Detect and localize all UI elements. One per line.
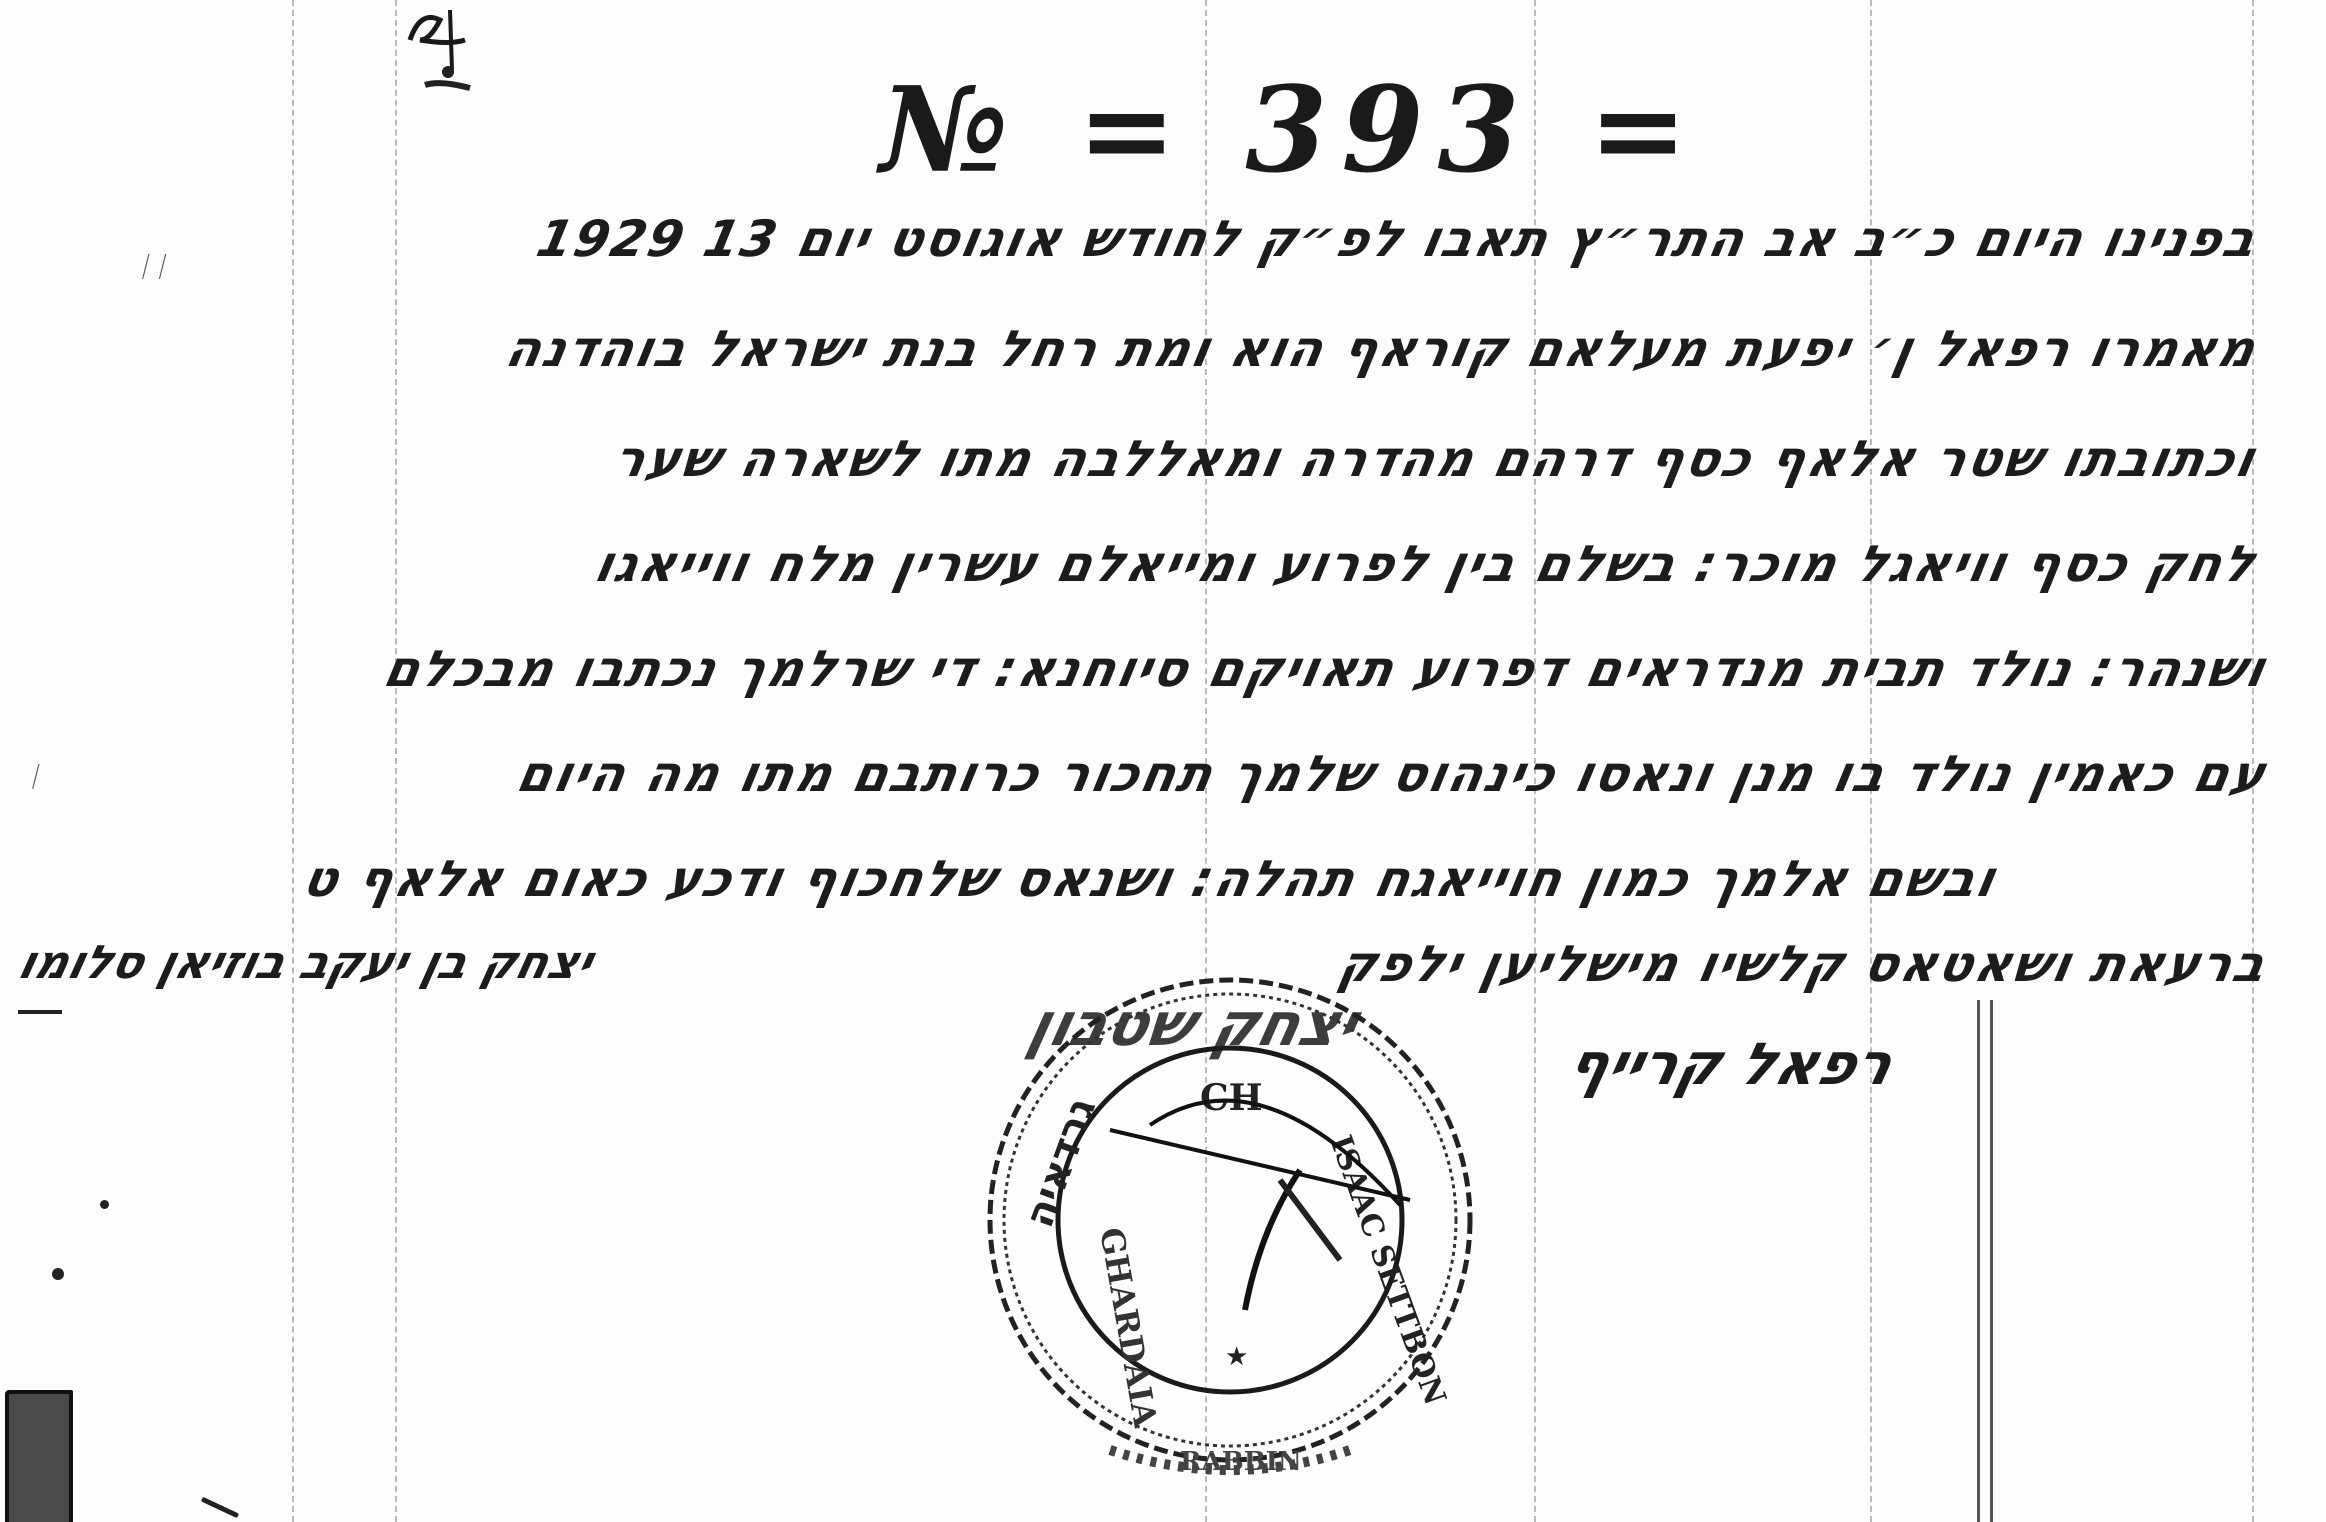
speck: [100, 1200, 109, 1209]
fold-line: [292, 0, 294, 1522]
text-line-2: מאמרו רפאל ן׳ יפעת מעלאם קוראף הוא ומת ר…: [500, 320, 2262, 378]
margin-rule: [1990, 1000, 1993, 1522]
svg-text:ISAAC SETTBON: ISAAC SETTBON: [1322, 1131, 1452, 1410]
text-line-6: עם כאמין נולד בו מנן ונאסו כינהוס שלמך ת…: [511, 745, 2272, 803]
margin-note: ᛁ: [25, 760, 42, 793]
svg-text:CH: CH: [1200, 1077, 1263, 1119]
margin-note: ᛁᛁ: [135, 250, 169, 283]
speck: [201, 1497, 239, 1518]
signature-right: רפאל קרייף: [1562, 1030, 1900, 1098]
speck: [52, 1268, 64, 1280]
ink-mark-icon: [380, 0, 520, 110]
svg-text:GHARDAIA: GHARDAIA: [1092, 1225, 1165, 1431]
text-line-4: לחק כסף וויאגל מוכר: בשלם בין לפרוע ומיי…: [590, 535, 2262, 593]
signature-left: יצחק בן יעקב בוזיאן סלומו: [13, 935, 599, 989]
svg-text:★: ★: [1225, 1342, 1248, 1372]
text-line-1: בפנינו היום כ״ב אב התר״ץ תאבו לפ״ק לחודש…: [532, 210, 2263, 268]
margin-rule: [1977, 1000, 1980, 1522]
document-number: № = 393 =: [880, 60, 1702, 199]
rabbinical-seal-icon: גרדאיה CH ISAAC SETTBON GHARDAIA ★ RABBI…: [960, 930, 1500, 1490]
underline: [18, 1010, 62, 1014]
fold-line: [395, 0, 397, 1522]
text-line-7: ובשם אלמך כמון חוייאגח תהלה: ושנאס שלחכו…: [298, 850, 2003, 908]
text-line-5: ושנהר: נולד תבית מנדראים דפרוע תאויקם סי…: [379, 640, 2272, 698]
svg-text:RABBIN: RABBIN: [1180, 1447, 1302, 1477]
svg-text:גרדאיה: גרדאיה: [1016, 1092, 1105, 1234]
ink-stain: [5, 1390, 73, 1522]
document-page: № = 393 = בפנינו היום כ״ב אב התר״ץ תאבו …: [0, 0, 2326, 1522]
text-line-3: וכתובתו שטר אלאף כסף דרהם מהדרה ומאללבה …: [609, 430, 2262, 488]
